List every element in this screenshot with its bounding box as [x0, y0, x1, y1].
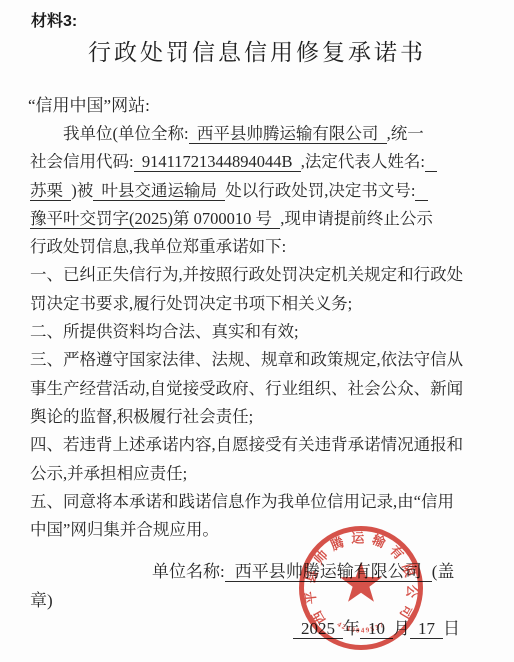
text-segment: 二、所提供资料均合法、真实和有效;	[30, 322, 299, 341]
body-line: 苏栗 )被 叶县交通运输局 处以行政处罚,决定书文号:	[30, 177, 486, 205]
text-segment: 中国”网归集并合规应用。	[30, 520, 219, 539]
text-segment: 处以行政处罚,决定书文号:	[225, 181, 415, 200]
company-name-field: 西平县帅腾运输有限公司	[225, 562, 432, 582]
underlined-field	[415, 181, 427, 201]
body-line: 五、同意将本承诺和践诺信息作为我单位信用记录,由“信用	[30, 488, 486, 516]
text-segment: 四、若违背上述承诺内容,自愿接受有关违背承诺情况通报和	[30, 435, 463, 454]
day-value: 17	[410, 619, 443, 639]
document-title: 行政处罚信息信用修复承诺书	[0, 37, 514, 69]
text-segment: ,法定代表人姓名:	[301, 152, 425, 171]
text-segment: 五、同意将本承诺和践诺信息作为我单位信用记录,由“信用	[30, 492, 454, 511]
body-line: 行政处罚信息,我单位郑重承诺如下:	[30, 233, 486, 261]
text-segment: ,统一	[387, 124, 424, 143]
month-unit: 月	[393, 619, 410, 638]
body-line: 事生产经营活动,自觉接受政府、行业组织、社会公众、新闻	[30, 375, 486, 403]
year-value: 2025	[293, 619, 343, 639]
body-line: 一、已纠正失信行为,并按照行政处罚决定机关规定和行政处	[30, 261, 486, 289]
body-line: 罚决定书要求,履行处罚决定书项下相关义务;	[30, 290, 486, 318]
underlined-field: 叶县交通运输局	[93, 181, 225, 201]
company-name-label: 单位名称:	[152, 562, 225, 581]
body-line: 公示,并承担相应责任;	[30, 460, 486, 488]
body-line: 社会信用代码: 91411721344894044B ,法定代表人姓名:	[30, 148, 486, 176]
date-line: 2025年10月17日	[30, 615, 514, 643]
underlined-field: 苏栗	[30, 181, 71, 201]
document-page: 材料3: 行政处罚信息信用修复承诺书 “信用中国”网站: 我单位(单位全称: 西…	[0, 0, 514, 662]
text-segment: )被	[71, 181, 93, 200]
text-segment: 社会信用代码:	[30, 152, 134, 171]
seal-note-close: 章)	[30, 587, 514, 615]
body-line: 豫平叶交罚字(2025)第 0700010 号 ,现申请提前终止公示	[30, 205, 486, 233]
underlined-field: 西平县帅腾运输有限公司	[189, 124, 387, 144]
underlined-field: 91411721344894044B	[134, 152, 301, 172]
body-line: 三、严格遵守国家法律、法规、规章和政策规定,依法守信从	[30, 346, 486, 374]
material-label: 材料3:	[0, 0, 514, 33]
text-segment: 罚决定书要求,履行处罚决定书项下相关义务;	[30, 294, 352, 313]
text-segment: 一、已纠正失信行为,并按照行政处罚决定机关规定和行政处	[30, 265, 463, 284]
seal-note-open: (盖	[432, 562, 455, 581]
text-segment: 舆论的监督,积极履行社会责任;	[30, 407, 253, 426]
body-line: 我单位(单位全称: 西平县帅腾运输有限公司 ,统一	[30, 120, 486, 148]
text-segment: ,现申请提前终止公示	[280, 209, 433, 228]
year-unit: 年	[343, 619, 360, 638]
text-segment: 公示,并承担相应责任;	[30, 464, 187, 483]
body-lines: 我单位(单位全称: 西平县帅腾运输有限公司 ,统一社会信用代码: 9141172…	[30, 120, 486, 544]
text-segment: 事生产经营活动,自觉接受政府、行业组织、社会公众、新闻	[30, 379, 463, 398]
text-segment: 我单位(单位全称:	[63, 124, 189, 143]
text-segment: 三、严格遵守国家法律、法规、规章和政策规定,依法守信从	[30, 350, 463, 369]
body-line: 二、所提供资料均合法、真实和有效;	[30, 318, 486, 346]
body-line: 舆论的监督,积极履行社会责任;	[30, 403, 486, 431]
underlined-field: 豫平叶交罚字(2025)第 0700010 号	[30, 209, 280, 229]
text-segment: 行政处罚信息,我单位郑重承诺如下:	[30, 237, 286, 256]
body-line: 中国”网归集并合规应用。	[30, 516, 486, 544]
signature-line: 单位名称:西平县帅腾运输有限公司(盖	[30, 558, 514, 586]
underlined-field	[425, 152, 437, 172]
body-line: 四、若违背上述承诺内容,自愿接受有关违背承诺情况通报和	[30, 431, 486, 459]
month-value: 10	[360, 619, 393, 639]
day-unit: 日	[443, 619, 460, 638]
salutation-line: “信用中国”网站:	[28, 92, 514, 120]
